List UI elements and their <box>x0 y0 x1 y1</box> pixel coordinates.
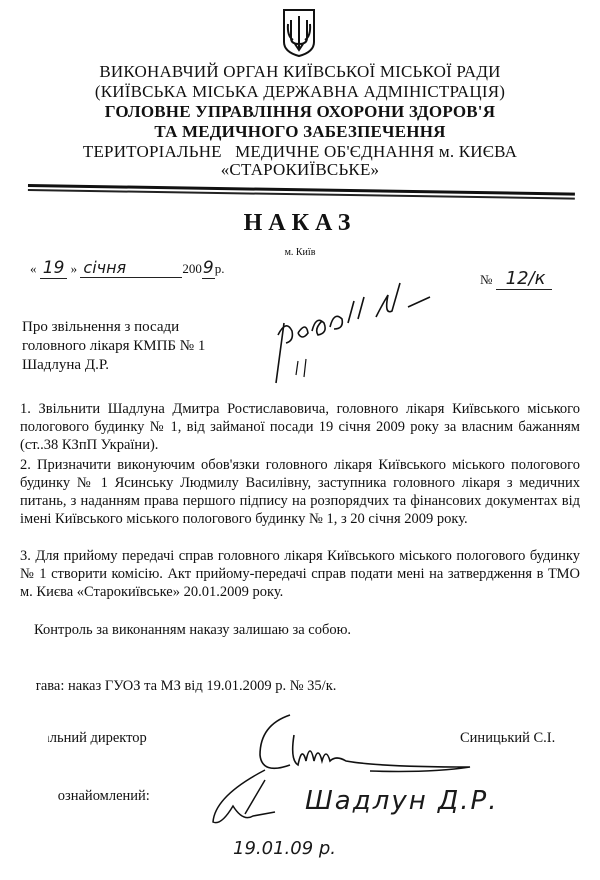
document-date: « 19 » січня2009р. <box>30 258 224 279</box>
order-subject: Про звільнення з посади головного лікаря… <box>22 318 205 375</box>
trident-emblem-icon <box>281 8 317 58</box>
header-line-5: ТЕРИТОРІАЛЬНЕ МЕДИЧНЕ ОБ'ЄДНАННЯ м. КИЄВ… <box>0 142 600 162</box>
header-line-2: (КИЇВСЬКА МІСЬКА ДЕРЖАВНА АДМІНІСТРАЦІЯ) <box>0 82 600 102</box>
subject-line-2: головного лікаря КМПБ № 1 <box>22 337 205 356</box>
order-item-1: 1. Звільнити Шадлуна Дмитра Ростиславови… <box>20 400 580 454</box>
basis-statement: Підстава: наказ ГУОЗ та МЗ від 19.01.200… <box>6 678 336 695</box>
acknowledged-signature: Шадлун Д.Р. 19.01.09 р. <box>205 766 585 876</box>
header-line-4: ТА МЕДИЧНОГО ЗАБЕЗПЕЧЕННЯ <box>0 122 600 142</box>
document-number: № 12/к <box>480 268 552 289</box>
header-line-3: ГОЛОВНЕ УПРАВЛІННЯ ОХОРОНИ ЗДОРОВ'Я <box>0 102 600 122</box>
header-line-6: «СТАРОКИЇВСЬКЕ» <box>0 160 600 180</box>
header-divider <box>28 184 575 205</box>
header-line-1: ВИКОНАВЧИЙ ОРГАН КИЇВСЬКОЇ МІСЬКОЇ РАДИ <box>0 62 600 82</box>
subject-line-3: Шадлуна Д.Р. <box>22 356 205 375</box>
number-label: № <box>480 272 492 287</box>
signatory-name: Синицький С.І. <box>460 730 555 747</box>
handwritten-resolution: погоджено <box>258 275 468 385</box>
svg-text:погоджено: погоджено <box>258 274 263 276</box>
date-day: 19 <box>40 258 68 279</box>
date-close-quote: » <box>71 261 78 276</box>
document-title: НАКАЗ <box>0 210 600 237</box>
control-statement: Контроль за виконанням наказу залишаю за… <box>34 622 351 639</box>
number-value: 12/к <box>496 268 552 290</box>
acknowledged-name: Шадлун Д.Р. <box>305 786 499 816</box>
document-city: м. Київ <box>0 247 600 258</box>
order-item-3: 3. Для прийому передачі справ головного … <box>20 547 580 601</box>
acknowledged-label: З наказом ознайомлений: <box>0 788 150 805</box>
date-month: січня <box>80 258 182 278</box>
date-open-quote: « <box>30 261 37 276</box>
acknowledged-date: 19.01.09 р. <box>233 838 336 859</box>
date-year-unit: р. <box>215 261 225 276</box>
signatory-position: Генеральний директор <box>8 730 147 747</box>
date-year-prefix: 200 <box>182 261 202 276</box>
subject-line-1: Про звільнення з посади <box>22 318 205 337</box>
order-item-2: 2. Призначити виконуючим обов'язки голов… <box>20 456 580 528</box>
date-year-suffix: 9 <box>202 258 215 279</box>
